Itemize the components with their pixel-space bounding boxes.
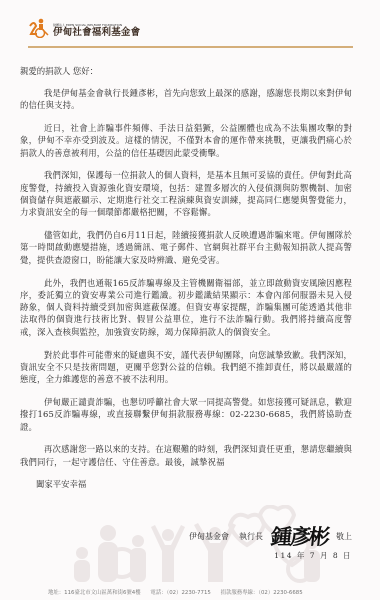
letter-date: 114 年 7 月 8 日 [274, 550, 352, 561]
foundation-logo: 財團法人 EDEN SOCIAL WELFARE FOUNDATION 伊甸社會… [28, 18, 140, 38]
paragraph-security-measures: 我們深知，保護每一位捐款人的個人資料，是基本且無可妥協的責任。伊甸對此高度警覺，… [20, 169, 352, 218]
footer-donation-line: 捐款服務專線：（02）2230-6685 [221, 590, 303, 596]
signature-organization: 伊甸基金會 [189, 531, 229, 542]
footer-address: 地址：116臺北市文山區萬和街6號4樓 [48, 590, 141, 596]
paragraph-apology: 對於此事件可能帶來的疑慮與不安，謹代表伊甸團隊，向您誠摯致歉。我們深知，資訊安全… [20, 349, 352, 386]
paragraph-fraud-context: 近日，社會上詐騙事件頻傳、手法日益猖獗，公益團體也成為不法集團攻擊的對象，伊甸不… [20, 122, 352, 159]
signature-suffix: 敬上 [336, 531, 352, 542]
greeting: 親愛的捐款人 您好： [20, 65, 352, 77]
paragraph-hotline: 伊甸嚴正譴責詐騙，也懇切呼籲社會大眾一同提高警覺。如您接獲可疑訊息，歡迎撥打16… [20, 396, 352, 433]
letter-body: 親愛的捐款人 您好： 我是伊甸基金會執行長鍾彥彬，首先向您致上最深的感謝，感謝您… [20, 65, 352, 490]
paragraph-investigation: 此外，我們也通報165反詐騙專線及主管機關衛福部，並立即啟動資安風險因應程序，委… [20, 277, 352, 338]
signature-block: 伊甸基金會 執行長 鍾彥彬 敬上 [189, 521, 352, 551]
paragraph-incident-response: 儘管如此，我們仍自6月11日起，陸續接獲捐款人反映遭遇詐騙來電。伊甸團隊於第一時… [20, 229, 352, 266]
signature-title: 執行長 [239, 531, 263, 542]
paragraph-thanks: 再次感謝您一路以來的支持。在這艱難的時刻，我們深知責任更重，懇請您繼續與我們同行… [20, 443, 352, 468]
footer-contact: 地址：116臺北市文山區萬和街6號4樓 電話：（02）2230-7715 捐款服… [48, 588, 311, 596]
paragraph-intro: 我是伊甸基金會執行長鍾彥彬，首先向您致上最深的感謝，感謝您長期以來對伊甸的信任與… [20, 87, 352, 112]
header-divider [28, 46, 353, 48]
letter-page: 財團法人 EDEN SOCIAL WELFARE FOUNDATION 伊甸社會… [0, 0, 380, 600]
handwritten-signature: 鍾彥彬 [269, 521, 329, 551]
closing-blessing: 闔家平安幸福 [36, 478, 352, 490]
logo-chinese-name: 伊甸社會福利基金會 [53, 27, 140, 38]
footer-phone: 電話：（02）2230-7715 [150, 590, 211, 596]
eden-logo-icon [28, 18, 50, 38]
